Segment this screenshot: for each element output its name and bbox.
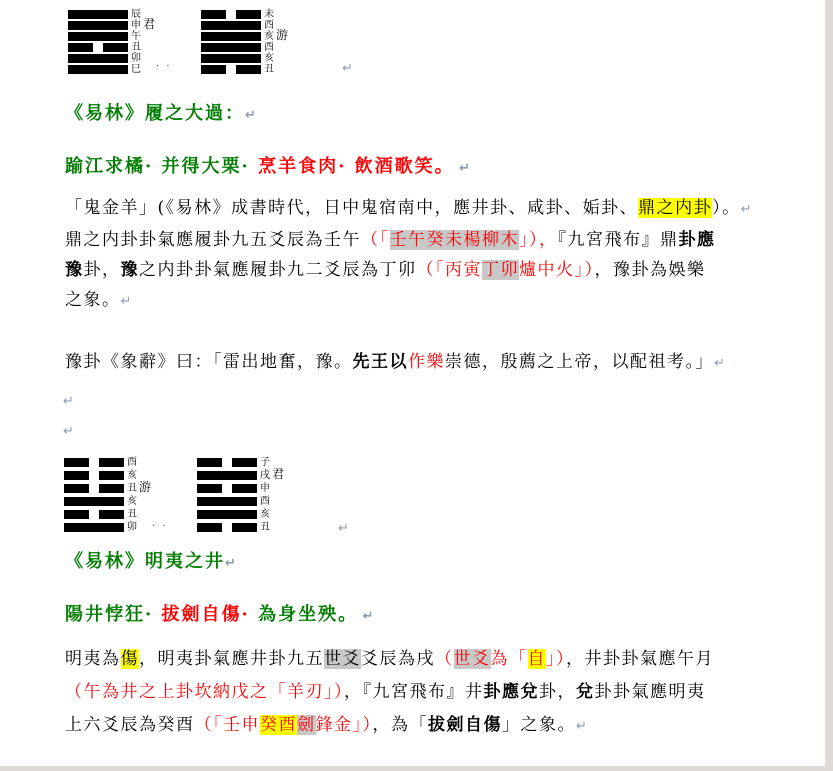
separator-dots: · · bbox=[152, 521, 168, 532]
text-run: 拔劍自傷 bbox=[428, 715, 502, 735]
text-run: （「丙寅 bbox=[417, 260, 483, 280]
paragraph-mark: ↵ bbox=[358, 609, 373, 624]
branch-label: 戌 bbox=[260, 471, 270, 481]
yang-line-row: 亥 bbox=[201, 54, 288, 63]
text-run: ， bbox=[539, 230, 558, 250]
text-run: 踰江求橘· 并得大栗· bbox=[65, 156, 258, 177]
branch-label: 亥 bbox=[127, 497, 137, 507]
text-run: 世爻 bbox=[454, 649, 491, 669]
yin-line-bar bbox=[197, 458, 257, 467]
text-run: 拔劍自傷· bbox=[162, 604, 259, 625]
separator-dots: · · bbox=[156, 61, 172, 72]
paragraph-mark: ↵ bbox=[714, 356, 725, 371]
text-run: （「 bbox=[361, 230, 390, 250]
paragraph-mark: ↵ bbox=[342, 61, 353, 76]
yin-line-row: 未 bbox=[201, 10, 288, 19]
text-run: ）。 bbox=[712, 198, 741, 218]
yang-line-bar bbox=[201, 21, 261, 30]
text-run: 鼎之内卦 bbox=[638, 198, 712, 218]
text-run: ，為「 bbox=[373, 715, 429, 735]
text-run: 為「 bbox=[491, 649, 528, 669]
branch-label: 卯 bbox=[131, 54, 141, 64]
verse-lu-daguo: 踰江求橘· 并得大栗· 烹羊食肉· 飲酒歌笑。 ↵ bbox=[65, 154, 810, 182]
text-run: 烹羊食肉· 飲酒歌笑 bbox=[258, 156, 435, 177]
paragraph-mark: ↵ bbox=[455, 161, 470, 176]
yang-line-bar bbox=[201, 54, 261, 63]
text-run: 世爻 bbox=[324, 649, 361, 669]
branch-label: 未 bbox=[264, 10, 274, 20]
yang-line-row: 卯 bbox=[64, 523, 151, 532]
branch-label: 丑 bbox=[131, 43, 141, 53]
document-page: 辰申君午丑卯巳 未酉亥游酉亥丑 · · ↵ 《易林》履之大過：↵ 踰江求橘· 并… bbox=[0, 0, 833, 771]
yang-line-bar bbox=[64, 497, 124, 506]
text-run: 《易林》履之大過： bbox=[65, 103, 245, 124]
branch-label: 丑 bbox=[264, 65, 274, 75]
text-line: 鼎之内卦卦氣應履卦九五爻辰為壬午（「壬午癸未楊柳木」），『九宮飛布』鼎卦應 bbox=[65, 225, 810, 255]
yang-line-bar bbox=[68, 65, 128, 74]
text-run: 「鬼金羊」(《易林》成書時代，日中鬼宿南中，應井卦、咸卦、姤卦、 bbox=[65, 198, 638, 218]
paragraph-mark: ↵ bbox=[63, 394, 74, 409]
empty-line: ↵ bbox=[63, 415, 808, 447]
hexagram-jing: 子戌君申酉亥丑 bbox=[197, 458, 284, 536]
text-run: 先王以 bbox=[353, 352, 409, 372]
yang-line-bar bbox=[201, 32, 261, 41]
yang-line-row: 午 bbox=[68, 32, 155, 41]
text-run: ，明夷卦氣應井卦九五 bbox=[139, 649, 324, 669]
text-run: 爻辰為戌 bbox=[361, 649, 435, 669]
branch-label: 子 bbox=[260, 458, 270, 468]
yang-line-row: 辰 bbox=[68, 10, 155, 19]
yin-line-bar bbox=[68, 43, 128, 52]
text-run: 壬午癸未楊柳木 bbox=[390, 230, 520, 250]
text-run: 爐中火」） bbox=[519, 260, 595, 280]
text-run: 卦， bbox=[539, 682, 576, 702]
branch-label: 亥 bbox=[127, 471, 137, 481]
text-run: 崇德，殷薦之上帝，以配祖考。」 bbox=[445, 352, 714, 372]
text-line: 之象。↵ bbox=[65, 285, 810, 317]
text-run: 豫 bbox=[121, 260, 140, 280]
yang-line-row: 申君 bbox=[68, 21, 155, 30]
yang-line-row: 亥 bbox=[64, 497, 151, 506]
yang-line-row: 卯 bbox=[68, 54, 155, 63]
world-line-marker: 游 bbox=[139, 482, 151, 492]
yang-line-bar bbox=[197, 471, 257, 480]
text-run: 豫 bbox=[65, 260, 84, 280]
branch-label: 丑 bbox=[260, 523, 270, 533]
text-run: 卦， bbox=[84, 260, 121, 280]
text-run: 卦應 bbox=[679, 230, 716, 250]
verse-mingyi-jing: 陽井悖狂· 拔劍自傷· 為身坐殃。 ↵ bbox=[65, 602, 810, 630]
branch-label: 亥 bbox=[260, 510, 270, 520]
yang-line-bar bbox=[68, 10, 128, 19]
yang-line-bar bbox=[68, 54, 128, 63]
hexagram-daguo: 未酉亥游酉亥丑 bbox=[201, 10, 288, 76]
yin-line-bar bbox=[64, 484, 124, 493]
branch-label: 午 bbox=[131, 32, 141, 42]
text-run: 明夷為 bbox=[65, 649, 121, 669]
page-bottom-edge bbox=[0, 766, 833, 771]
yin-line-row: 亥 bbox=[64, 471, 151, 480]
branch-label: 酉 bbox=[127, 458, 137, 468]
text-run: 作樂 bbox=[408, 352, 445, 372]
yang-line-row: 酉 bbox=[197, 497, 284, 506]
yin-line-bar bbox=[201, 65, 261, 74]
yin-line-row: 丑 bbox=[64, 510, 151, 519]
yin-line-row: 丑 bbox=[197, 523, 284, 532]
yang-line-bar bbox=[68, 32, 128, 41]
text-run: 上六爻辰為癸酉 bbox=[65, 715, 195, 735]
text-line: 豫卦，豫之内卦卦氣應履卦九二爻辰為丁卯（「丙寅丁卯爐中火」），豫卦為娛樂 bbox=[65, 255, 810, 285]
text-run: 。 bbox=[435, 156, 455, 177]
yang-line-row: 巳 bbox=[68, 65, 155, 74]
text-run: 鼎之内卦卦氣應履卦九五爻辰為壬午 bbox=[65, 230, 361, 250]
hexagram-image-bottom: 酉亥丑游亥丑卯 子戌君申酉亥丑 · · ↵ bbox=[64, 458, 349, 536]
yang-line-bar bbox=[197, 497, 257, 506]
text-run: 傷 bbox=[121, 649, 140, 669]
yang-line-bar bbox=[201, 43, 261, 52]
text-run: 丁卯 bbox=[482, 260, 519, 280]
text-run: 之象。 bbox=[65, 290, 121, 310]
text-line: 明夷為傷，明夷卦氣應井卦九五世爻爻辰為戌（世爻為「自」），井卦卦氣應午月 bbox=[65, 643, 810, 676]
hexagram-lu: 辰申君午丑卯巳 bbox=[68, 10, 155, 76]
branch-label: 酉 bbox=[264, 43, 274, 53]
text-run: （午為井之上卦坎納戊之「羊刃」） bbox=[65, 682, 344, 702]
text-run: 劍 bbox=[297, 715, 316, 735]
text-run: 卦應兌 bbox=[484, 682, 540, 702]
paragraph-mark: ↵ bbox=[225, 556, 236, 571]
yang-line-bar bbox=[64, 523, 124, 532]
world-line-marker: 君 bbox=[272, 469, 284, 479]
yin-line-bar bbox=[64, 510, 124, 519]
yin-line-row: 子 bbox=[197, 458, 284, 467]
yang-line-row: 戌君 bbox=[197, 471, 284, 480]
paragraph-mingyi-body: 明夷為傷，明夷卦氣應井卦九五世爻爻辰為戌（世爻為「自」），井卦卦氣應午月 （午為… bbox=[65, 643, 810, 743]
section-heading-lu-daguo: 《易林》履之大過：↵ bbox=[65, 101, 810, 129]
text-run: （ bbox=[435, 649, 454, 669]
text-line: 上六爻辰為癸酉（「壬申癸酉劍鋒金」），為「拔劍自傷」之象。↵ bbox=[65, 709, 810, 743]
yin-line-bar bbox=[64, 458, 124, 467]
branch-label: 丑 bbox=[127, 510, 137, 520]
text-run: ，豫卦為娛樂 bbox=[595, 260, 706, 280]
paragraph-xiangci: 豫卦《象辭》曰：「雷出地奮，豫。先王以作樂崇德，殷薦之上帝，以配祖考。」↵ bbox=[65, 347, 810, 379]
branch-label: 巳 bbox=[131, 65, 141, 75]
text-run: 」之象。 bbox=[502, 715, 576, 735]
text-run: 『九宮飛布』鼎 bbox=[558, 230, 679, 250]
text-run: 」） bbox=[519, 230, 539, 250]
yin-line-bar bbox=[64, 471, 124, 480]
paragraph-mark: ↵ bbox=[245, 108, 256, 123]
branch-label: 申 bbox=[131, 21, 141, 31]
paragraph-mark: ↵ bbox=[741, 202, 752, 217]
hexagram-mingyi: 酉亥丑游亥丑卯 bbox=[64, 458, 151, 536]
yang-line-row: 亥游 bbox=[201, 32, 288, 41]
text-run: 癸酉 bbox=[260, 715, 297, 735]
paragraph-mark: ↵ bbox=[576, 719, 587, 734]
branch-label: 申 bbox=[260, 484, 270, 494]
text-run: 卦卦氣應明夷 bbox=[595, 682, 706, 702]
page-right-edge bbox=[825, 0, 833, 771]
text-run: 為身坐殃。 bbox=[258, 604, 358, 625]
empty-line: ↵ bbox=[63, 385, 808, 417]
yang-line-row: 亥 bbox=[197, 510, 284, 519]
text-run: 」） bbox=[546, 649, 566, 669]
branch-label: 亥 bbox=[264, 32, 274, 42]
paragraph-mark: ↵ bbox=[338, 521, 349, 536]
yin-line-bar bbox=[197, 523, 257, 532]
branch-label: 卯 bbox=[127, 523, 137, 533]
yin-line-row: 丑游 bbox=[64, 484, 151, 493]
yang-line-bar bbox=[197, 510, 257, 519]
paragraph-gui-jin-yang: 「鬼金羊」(《易林》成書時代，日中鬼宿南中，應井卦、咸卦、姤卦、鼎之内卦）。↵ … bbox=[65, 193, 810, 317]
text-run: 自 bbox=[528, 649, 547, 669]
yin-line-row: 申 bbox=[197, 484, 284, 493]
paragraph-mark: ↵ bbox=[63, 424, 74, 439]
branch-label: 酉 bbox=[260, 497, 270, 507]
text-run: 陽井悖狂· bbox=[65, 604, 162, 625]
text-line: （午為井之上卦坎納戊之「羊刃」），『九宮飛布』井卦應兌卦，兌卦卦氣應明夷 bbox=[65, 676, 810, 709]
hexagram-image-top: 辰申君午丑卯巳 未酉亥游酉亥丑 · · ↵ bbox=[68, 10, 353, 76]
yin-line-bar bbox=[197, 484, 257, 493]
world-line-marker: 君 bbox=[143, 19, 155, 29]
text-run: 豫卦《象辭》曰：「雷出地奮，豫。 bbox=[65, 352, 353, 372]
text-run: 《易林》明夷之井 bbox=[65, 551, 225, 572]
branch-label: 亥 bbox=[264, 54, 274, 64]
text-run: 之内卦卦氣應履卦九二爻辰為丁卯 bbox=[139, 260, 417, 280]
yin-line-bar bbox=[201, 10, 261, 19]
branch-label: 丑 bbox=[127, 484, 137, 494]
yin-line-row: 丑 bbox=[68, 43, 155, 52]
yang-line-bar bbox=[68, 21, 128, 30]
text-run: 兌 bbox=[576, 682, 595, 702]
text-run: 鋒金」） bbox=[316, 715, 373, 735]
branch-label: 辰 bbox=[131, 10, 141, 20]
section-heading-mingyi-jing: 《易林》明夷之井↵ bbox=[65, 549, 810, 577]
text-run: ，『九宮飛布』井 bbox=[344, 682, 484, 702]
text-run: （「壬申 bbox=[195, 715, 261, 735]
text-run: ，井卦卦氣應午月 bbox=[566, 649, 714, 669]
world-line-marker: 游 bbox=[276, 30, 288, 40]
yin-line-row: 酉 bbox=[64, 458, 151, 467]
yin-line-row: 丑 bbox=[201, 65, 288, 74]
yang-line-row: 酉 bbox=[201, 21, 288, 30]
text-line: 「鬼金羊」(《易林》成書時代，日中鬼宿南中，應井卦、咸卦、姤卦、鼎之内卦）。↵ bbox=[65, 193, 810, 225]
yang-line-row: 酉 bbox=[201, 43, 288, 52]
branch-label: 酉 bbox=[264, 21, 274, 31]
paragraph-mark: ↵ bbox=[121, 294, 132, 309]
